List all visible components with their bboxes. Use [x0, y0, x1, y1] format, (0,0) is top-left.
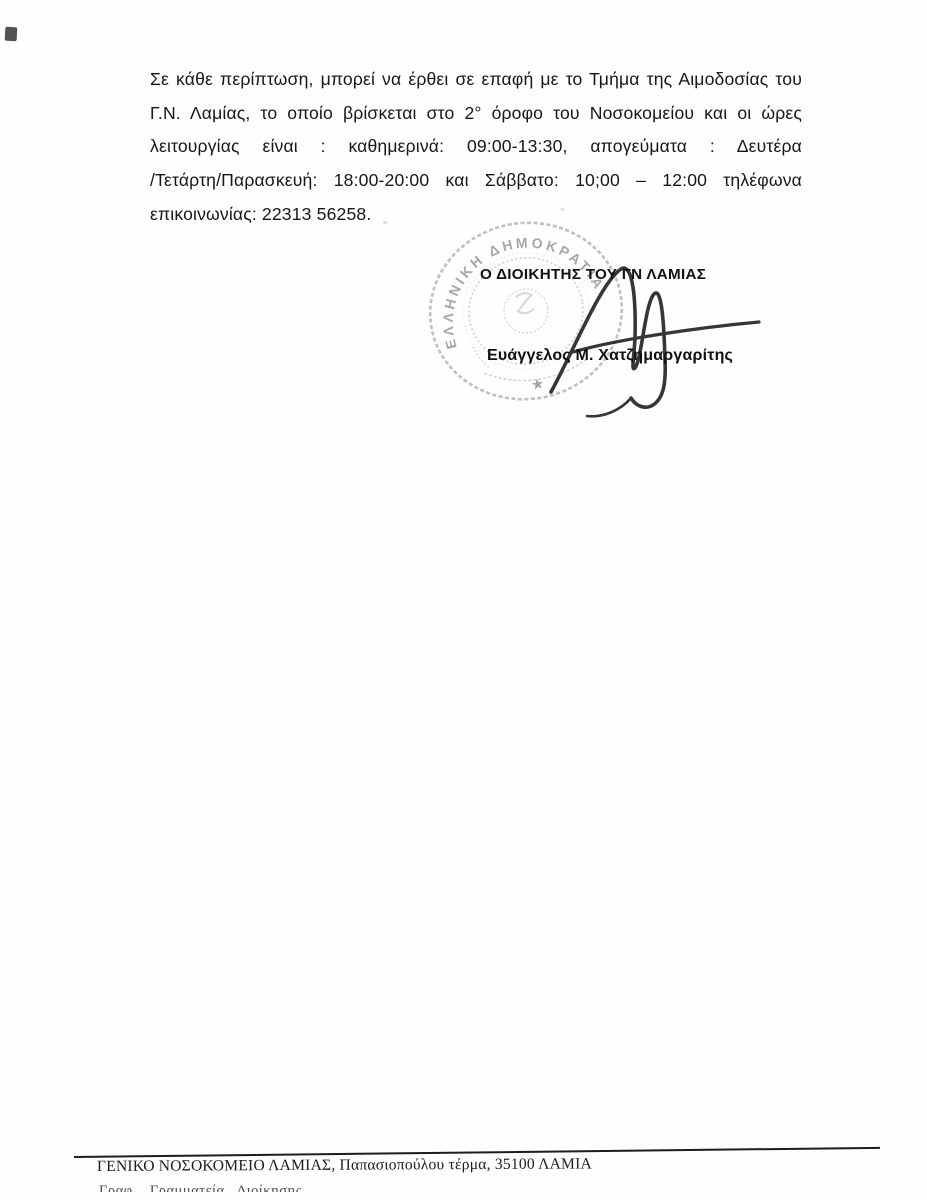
- footer-address: ΓΕΝΙΚΟ ΝΟΣΟΚΟΜΕΙΟ ΛΑΜΙΑΣ, Παπασιοπούλου …: [97, 1155, 592, 1176]
- paragraph-line: Γ.Ν. Λαμίας, το οποίο βρίσκεται στο 2° ό…: [150, 97, 802, 131]
- scan-speck: [383, 221, 387, 224]
- body-paragraph: Σε κάθε περίπτωση, μπορεί να έρθει σε επ…: [150, 63, 802, 232]
- scanned-document-page: Σε κάθε περίπτωση, μπορεί να έρθει σε επ…: [0, 0, 927, 1200]
- signatory-title: Ο ΔΙΟΙΚΗΤΗΣ ΤΟΥ ΓΝ ΛΑΜΙΑΣ: [480, 266, 706, 283]
- paragraph-line: Σε κάθε περίπτωση, μπορεί να έρθει σε επ…: [150, 63, 802, 97]
- paragraph-line: /Τετάρτη/Παρασκευή: 18:00-20:00 και Σάββ…: [150, 164, 802, 198]
- signatory-name: Ευάγγελος Μ. Χατζημαργαρίτης: [487, 347, 733, 365]
- footer-cutoff-line: Γραφ. Γραμματεία Διοίκησης: [99, 1183, 439, 1192]
- paragraph-line: λειτουργίας είναι : καθημερινά: 09:00-13…: [150, 130, 802, 164]
- scan-artifact-mark: [5, 27, 18, 42]
- footer-cutoff-text: Γραφ. Γραμματεία Διοίκησης: [99, 1183, 439, 1192]
- scan-speck: [560, 208, 565, 211]
